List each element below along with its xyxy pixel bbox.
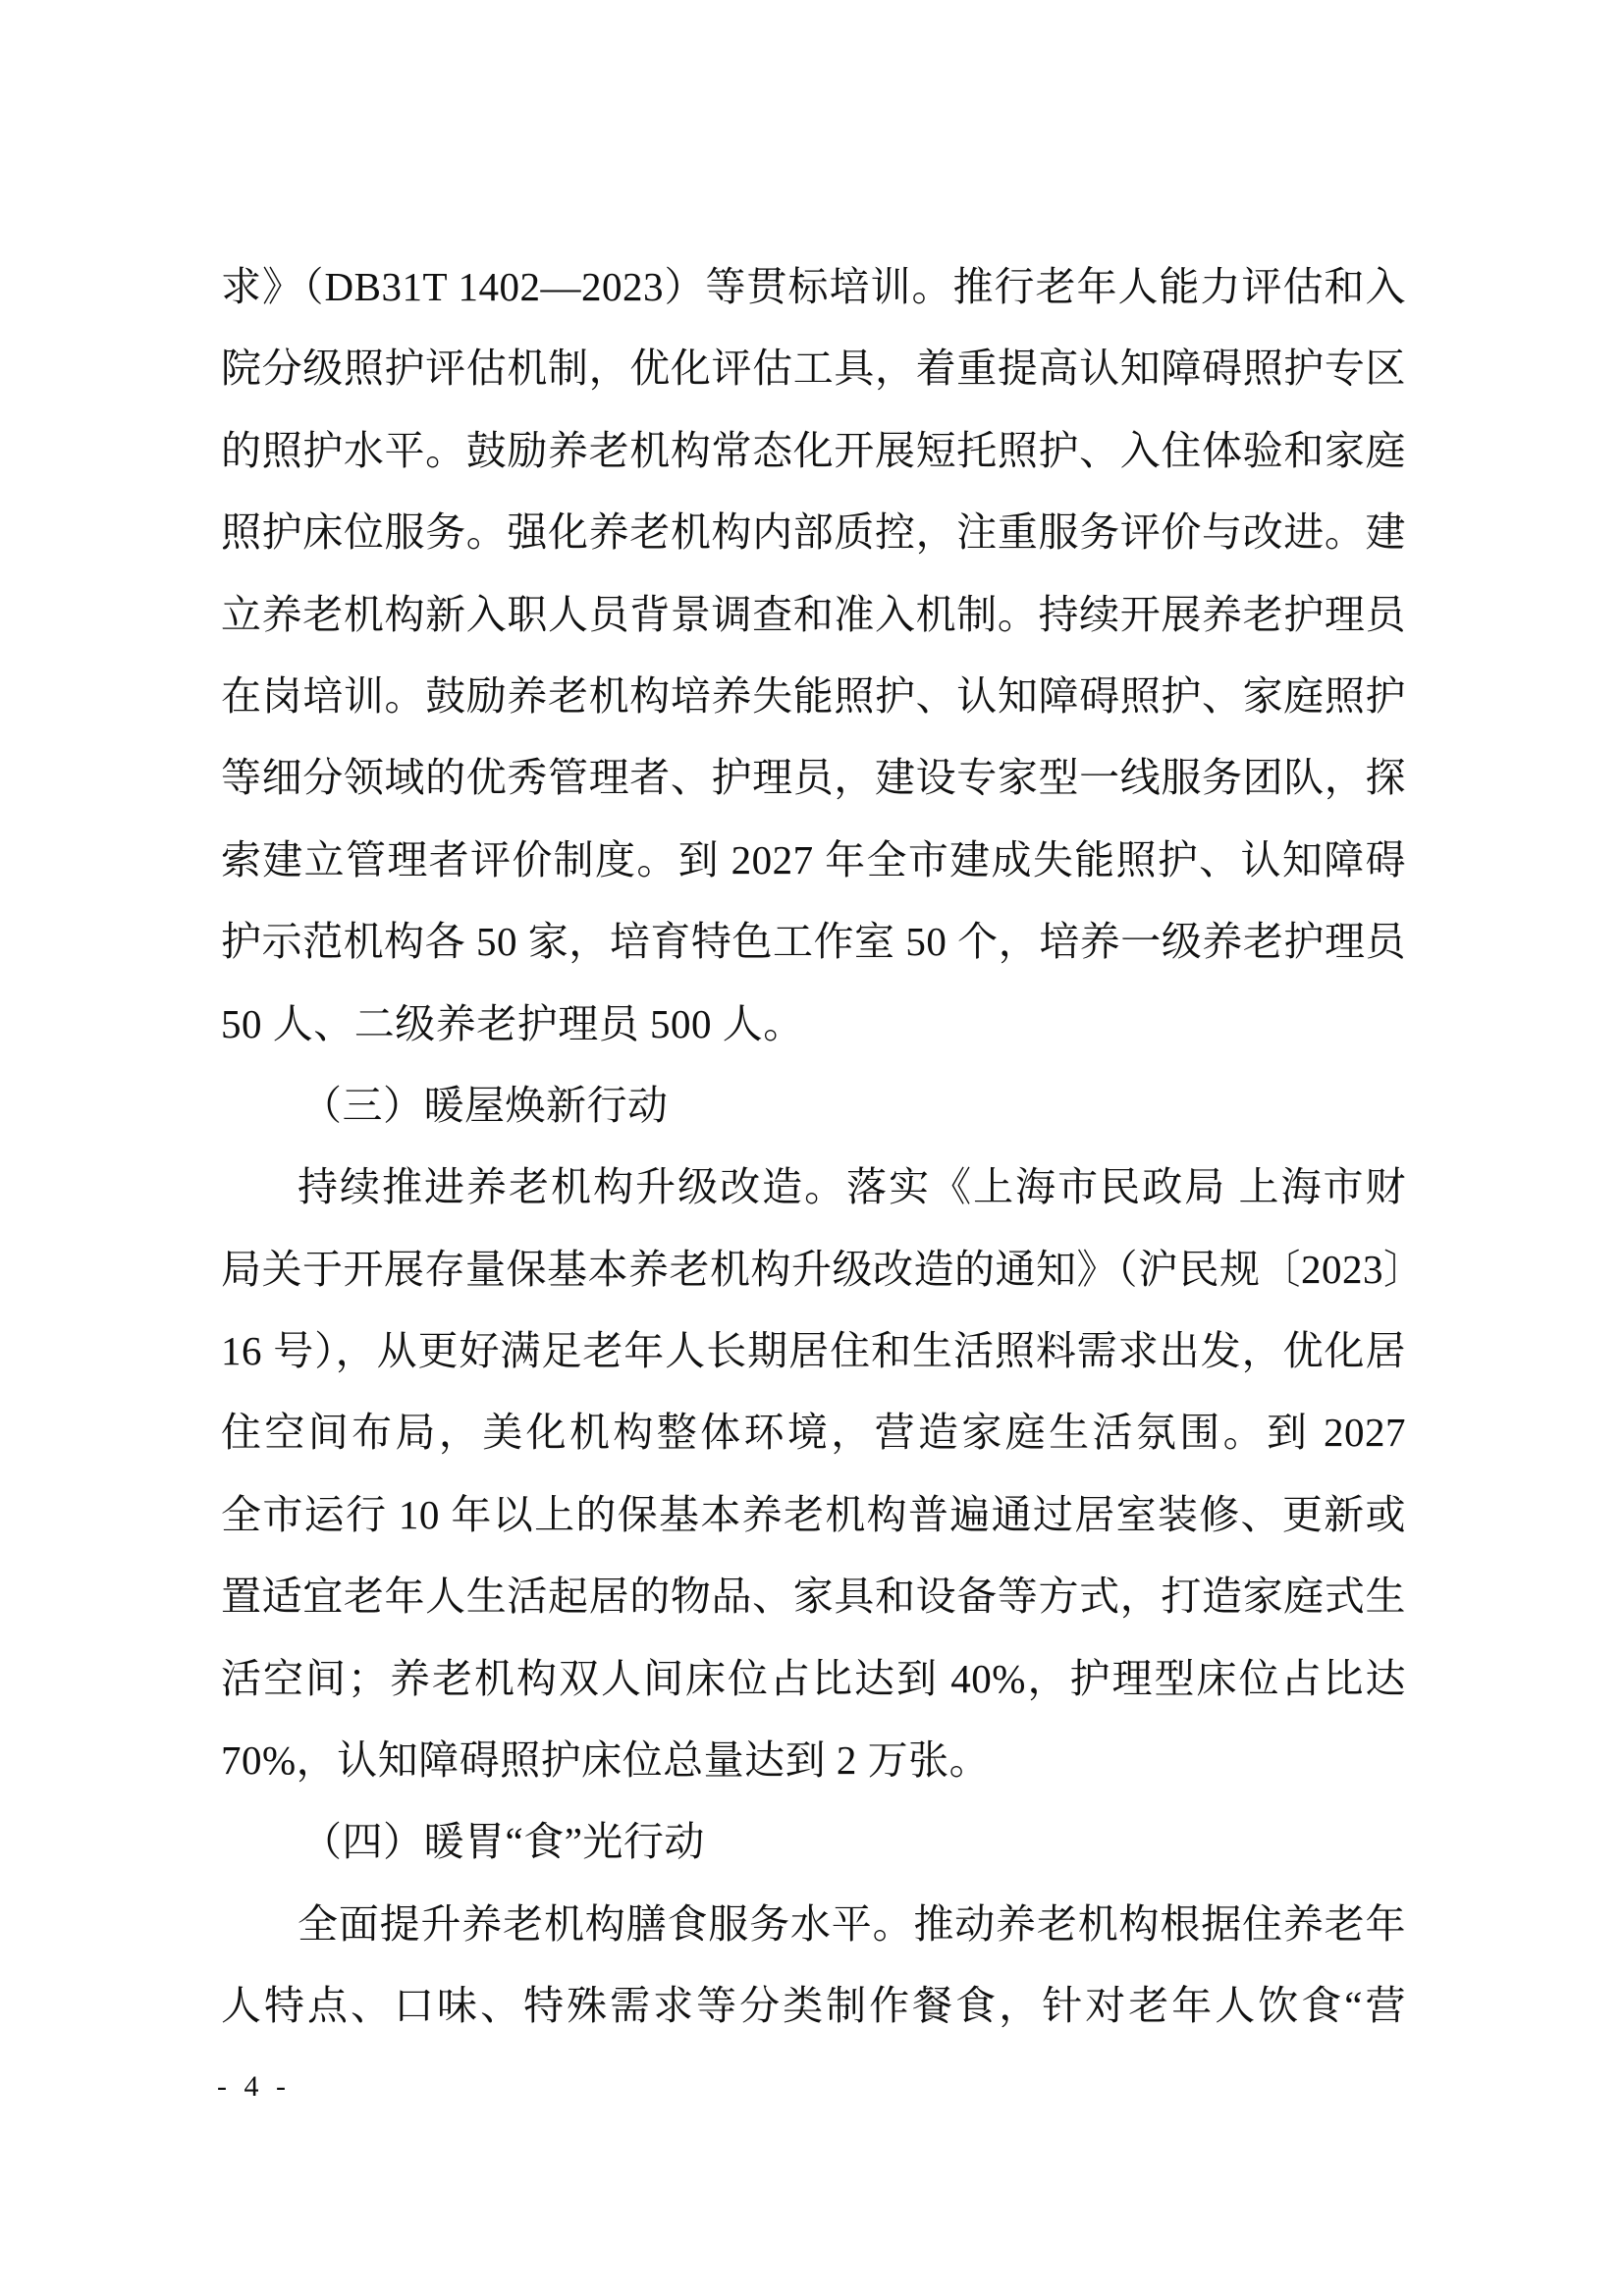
text-line: 局关于开展存量保基本养老机构升级改造的通知》（沪民规〔2023〕	[221, 1229, 1406, 1310]
text-line: 在岗培训。鼓励养老机构培养失能照护、认知障碍照护、家庭照护	[221, 656, 1406, 737]
text-line: 的照护水平。鼓励养老机构常态化开展短托照护、入住体验和家庭	[221, 410, 1406, 492]
text-line: 16 号），从更好满足老年人长期居住和生活照料需求出发，优化居	[221, 1310, 1406, 1392]
text-line: 全面提升养老机构膳食服务水平。推动养老机构根据住养老年	[221, 1884, 1406, 1965]
page-number: - 4 -	[217, 2064, 291, 2109]
text-line: 照护床位服务。强化养老机构内部质控，注重服务评价与改进。建	[221, 492, 1406, 573]
text-line: 立养老机构新入职人员背景调查和准入机制。持续开展养老护理员	[221, 574, 1406, 656]
text-line: 人特点、口味、特殊需求等分类制作餐食，针对老年人饮食“营养、	[221, 1965, 1406, 2047]
text-line: 求》（DB31T 1402—2023）等贯标培训。推行老年人能力评估和入	[221, 246, 1406, 328]
text-line: 置适宜老年人生活起居的物品、家具和设备等方式，打造家庭式生	[221, 1556, 1406, 1637]
text-line: 等细分领域的优秀管理者、护理员，建设专家型一线服务团队，探	[221, 737, 1406, 819]
section-heading: （三）暖屋焕新行动	[221, 1065, 1406, 1147]
text-line: 院分级照护评估机制，优化评估工具，着重提高认知障碍照护专区	[221, 328, 1406, 409]
text-line: 50 人、二级养老护理员 500 人。	[221, 984, 1406, 1065]
text-line: 活空间；养老机构双人间床位占比达到 40%，护理型床位占比达到	[221, 1638, 1406, 1720]
text-line: 70%，认知障碍照护床位总量达到 2 万张。	[221, 1720, 1406, 1801]
document-page: 求》（DB31T 1402—2023）等贯标培训。推行老年人能力评估和入院分级照…	[0, 0, 1624, 2296]
text-line: 住空间布局，美化机构整体环境，营造家庭生活氛围。到 2027 年，	[221, 1392, 1406, 1473]
text-line: 全市运行 10 年以上的保基本养老机构普遍通过居室装修、更新或添	[221, 1474, 1406, 1556]
text-line: 持续推进养老机构升级改造。落实《上海市民政局 上海市财政	[221, 1147, 1406, 1228]
section-heading: （四）暖胃“食”光行动	[221, 1801, 1406, 1883]
document-body: 求》（DB31T 1402—2023）等贯标培训。推行老年人能力评估和入院分级照…	[221, 246, 1406, 2048]
text-line: 索建立管理者评价制度。到 2027 年全市建成失能照护、认知障碍照	[221, 820, 1406, 901]
text-line: 护示范机构各 50 家，培育特色工作室 50 个，培养一级养老护理员	[221, 901, 1406, 983]
